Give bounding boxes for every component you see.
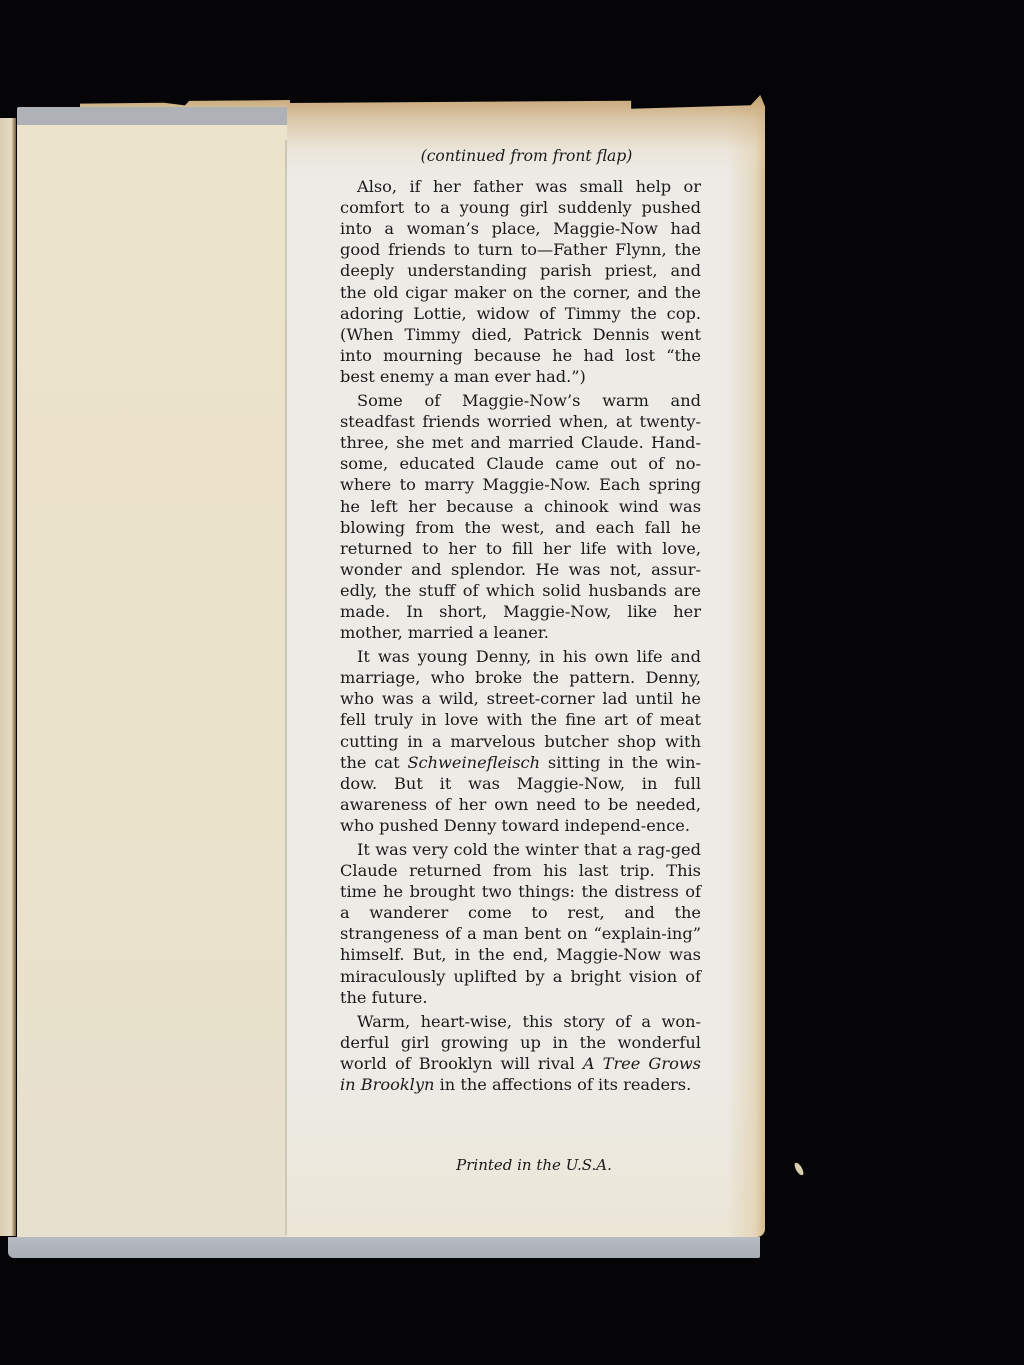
paragraph-1: Also, if her father was small help or co… <box>340 176 701 387</box>
paragraph-5-text-b: in the affections of its readers. <box>434 1075 691 1094</box>
endpaper-page <box>17 125 299 1237</box>
paragraph-1-text: Also, if her father was small help or co… <box>340 177 701 386</box>
paragraph-2-text: Some of Maggie-Now’s warm and steadfast … <box>340 391 701 642</box>
cat-name-italic: Schweinefleisch <box>407 753 540 772</box>
paragraph-2: Some of Maggie-Now’s warm and steadfast … <box>340 390 701 643</box>
binding-strip-bottom <box>8 1237 760 1258</box>
book-board-left-edge <box>0 118 16 1236</box>
flap-fold-line <box>285 140 287 1235</box>
continued-header: (continued from front flap) <box>340 146 701 167</box>
paragraph-3: It was young Denny, in his own life and … <box>340 646 701 836</box>
dust-speck <box>793 1161 805 1176</box>
paragraph-5: Warm, heart-wise, this story of a won-de… <box>340 1011 701 1095</box>
paragraph-4: It was very cold the winter that a rag-g… <box>340 839 701 1008</box>
printed-in-usa: Printed in the U.S.A. <box>287 1156 765 1174</box>
binding-strip-top <box>17 107 299 127</box>
paragraph-4-text: It was very cold the winter that a rag-g… <box>340 840 701 1007</box>
flap-copy: (continued from front flap) Also, if her… <box>340 140 701 1095</box>
